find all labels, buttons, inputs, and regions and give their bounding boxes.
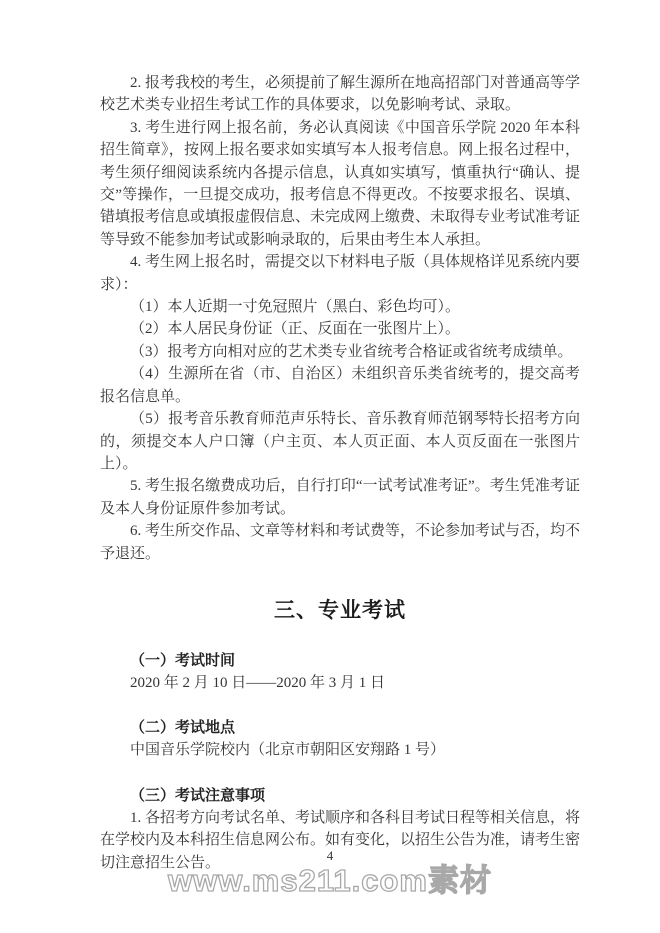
list-item-1: （1）本人近期一寸免冠照片（黑白、彩色均可）。 [100,296,580,318]
list-item-2: （2）本人居民身份证（正、反面在一张图片上）。 [100,318,580,340]
subsection-body: 2020 年 2 月 10 日——2020 年 3 月 1 日 [100,672,580,694]
list-item-5: （5）报考音乐教育师范声乐特长、音乐教育师范钢琴特长招考方向的，须提交本人户口簿… [100,408,580,475]
page-number: 4 [0,848,660,864]
paragraph-4: 4. 考生网上报名时，需提交以下材料电子版（具体规格详见系统内要求）： [100,251,580,296]
paragraph-5: 5. 考生报名缴费成功后，自行打印“一试考试准考证”。考生凭准考证及本人身份证原… [100,475,580,520]
subsection-exam-location: （二）考试地点 中国音乐学院校内（北京市朝阳区安翔路 1 号） [100,717,580,762]
paragraph-6: 6. 考生所交作品、文章等材料和考试费等，不论参加考试与否，均不予退还。 [100,520,580,565]
subsection-body: 中国音乐学院校内（北京市朝阳区安翔路 1 号） [100,739,580,761]
subsection-title: （二）考试地点 [100,717,580,739]
section-heading: 三、专业考试 [100,595,580,625]
subsection-title: （一）考试时间 [100,650,580,672]
paragraph-2: 2. 报考我校的考生，必须提前了解生源所在地高招部门对普通高等学校艺术类专业招生… [100,72,580,117]
subsection-title: （三）考试注意事项 [100,785,580,807]
subsection-exam-time: （一）考试时间 2020 年 2 月 10 日——2020 年 3 月 1 日 [100,650,580,695]
paragraph-3: 3. 考生进行网上报名前，务必认真阅读《中国音乐学院 2020 年本科招生简章》… [100,117,580,251]
list-item-3: （3）报考方向相对应的艺术类专业省统考合格证或省统考成绩单。 [100,341,580,363]
list-item-4: （4）生源所在省（市、自治区）未组织音乐类省统考的，提交高考报名信息单。 [100,363,580,408]
document-page: 2. 报考我校的考生，必须提前了解生源所在地高招部门对普通高等学校艺术类专业招生… [0,0,660,933]
document-content: 2. 报考我校的考生，必须提前了解生源所在地高招部门对普通高等学校艺术类专业招生… [100,72,580,874]
